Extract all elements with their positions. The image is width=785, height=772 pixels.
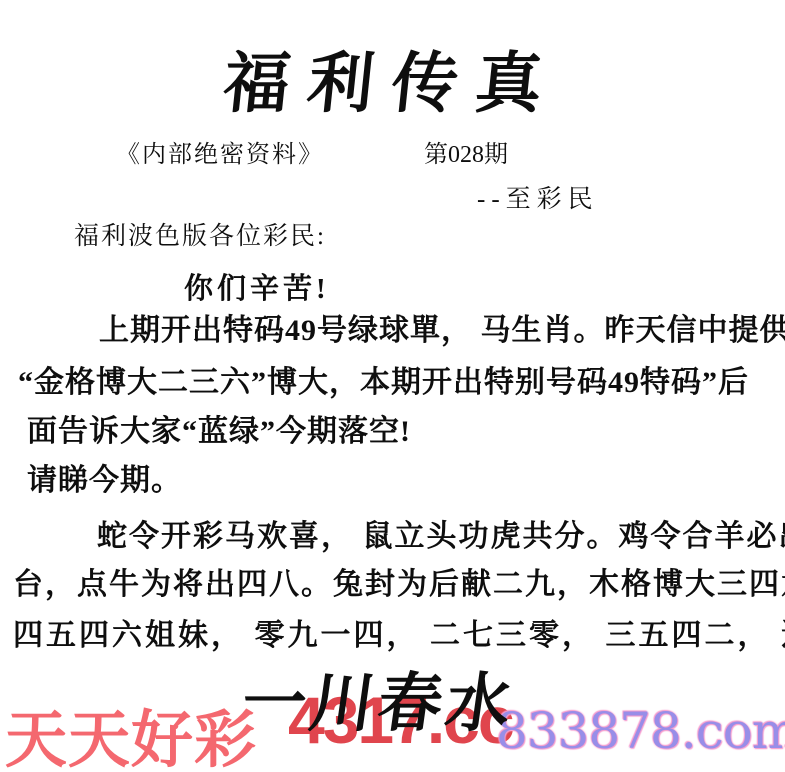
greeting: 你们辛苦! [184, 266, 330, 307]
body-line-text: 四五四六姐妹， 零九一四， 二七三零， 三五四二， 送： [13, 619, 785, 652]
body-line: “金格博大二三六”博大，本期开出特别号码49特码”后 [18, 357, 749, 401]
body-line: 面告诉大家“蓝绿”今期落空! [27, 406, 411, 450]
fax-document-page: 福利传真 《内部绝密资料》 第028期 --至彩民 福利波色版各位彩民: 你们辛… [0, 0, 785, 772]
dedication-line: --至彩民 [477, 179, 599, 215]
body-line: 蛇令开彩马欢喜， 鼠立头功虎共分。鸡令合羊必出 [97, 511, 785, 555]
signature-calligraphy: 一川春水 [237, 652, 522, 744]
watermark-brand: 天天好彩 [5, 690, 257, 772]
body-line: 请睇今期。 [27, 455, 182, 499]
watermark-site-url-2: 833878.com [496, 702, 785, 760]
salutation: 福利波色版各位彩民: [74, 216, 326, 252]
page-title: 福利传真 [0, 30, 785, 125]
source-label: 《内部绝密资料》 [116, 134, 324, 169]
body-line: 四五四六姐妹， 零九一四， 二七三零， 三五四二， 送： 红绿 [13, 610, 785, 654]
body-line: 上期开出特码49号绿球單， 马生肖。昨天信中提供 [99, 305, 785, 349]
body-line: 台，点牛为将出四八。兔封为后献二九，木格博大三四六。 [13, 559, 785, 603]
issue-number: 第028期 [424, 134, 508, 169]
